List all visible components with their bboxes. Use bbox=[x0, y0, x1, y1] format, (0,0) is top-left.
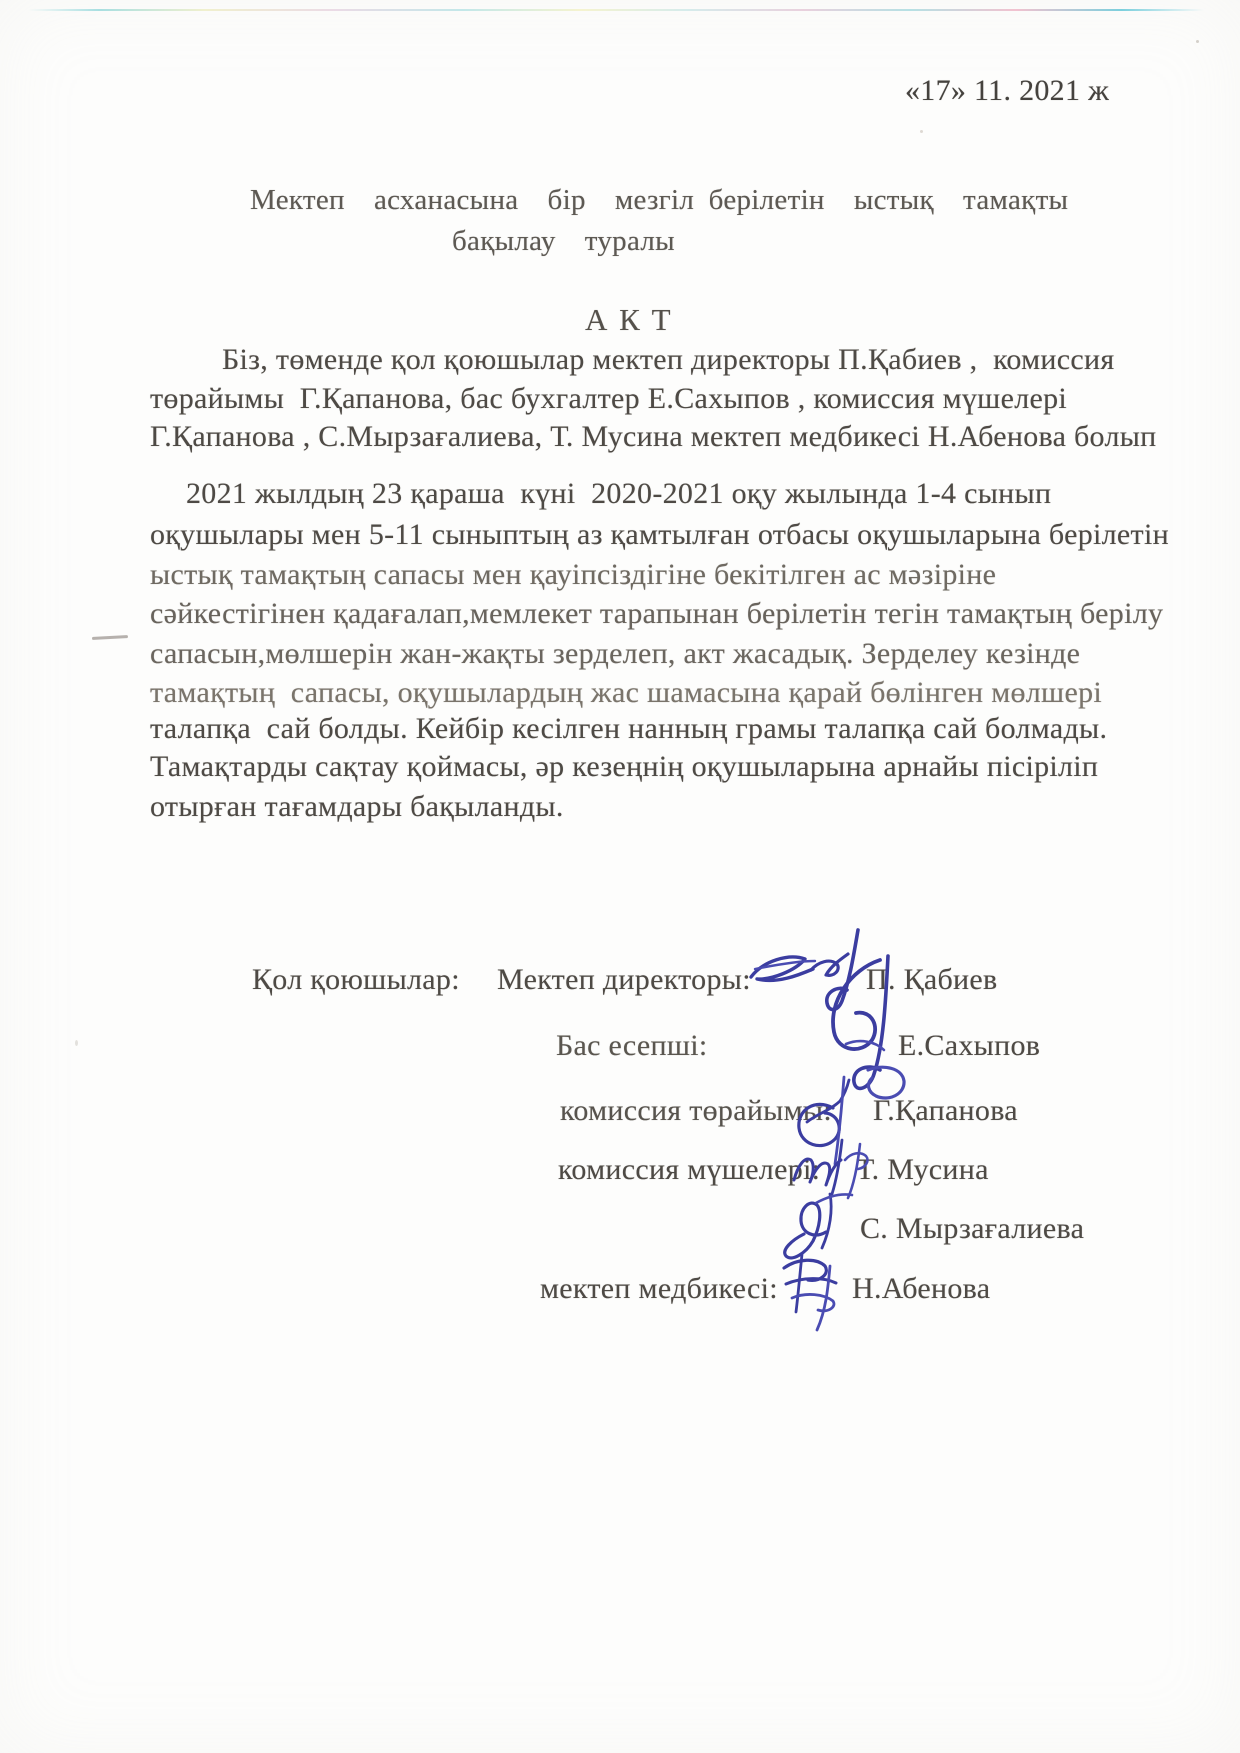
paragraph-line: Тамақтарды сақтау қоймасы, әр кезеңнің о… bbox=[150, 750, 1098, 784]
signer-name-member2: С. Мырзағалиева bbox=[860, 1212, 1084, 1246]
signature-label-members: комиссия мүшелері: bbox=[558, 1153, 820, 1187]
paragraph-line: 2021 жылдың 23 қараша күні 2020-2021 оқу… bbox=[186, 477, 1051, 511]
act-heading: А К Т bbox=[585, 302, 673, 338]
signature-label-director: Мектеп директоры: bbox=[497, 963, 751, 997]
paragraph-line: ыстық тамақтың сапасы мен қауіпсіздігіне… bbox=[150, 558, 996, 592]
scanned-document-page: «17» 11. 2021 ж Мектеп асханасына бір ме… bbox=[0, 0, 1240, 1753]
scan-speck bbox=[1196, 40, 1199, 43]
paragraph-line: Г.Қапанова , С.Мырзағалиева, Т. Мусина м… bbox=[150, 420, 1157, 454]
scanner-artifact-line bbox=[28, 9, 1204, 11]
paragraph-line: талапқа сай болды. Кейбір кесілген нанны… bbox=[150, 712, 1107, 746]
document-title-line2: бақылау туралы bbox=[452, 225, 675, 258]
margin-pencil-dash bbox=[92, 635, 128, 640]
scan-speck bbox=[75, 1040, 78, 1046]
paragraph-line: отырған тағамдары бақыланды. bbox=[150, 790, 564, 824]
signer-name-nurse: Н.Абенова bbox=[852, 1272, 990, 1306]
date-stamp: «17» 11. 2021 ж bbox=[905, 74, 1109, 108]
paragraph-line: төрайымы Г.Қапанова, бас бухгалтер Е.Сах… bbox=[150, 382, 1067, 416]
paragraph-line: тамақтың сапасы, оқушылардың жас шамасын… bbox=[150, 676, 1102, 710]
signature-nurse-ink bbox=[772, 1248, 862, 1336]
signatories-label: Қол қоюшылар: bbox=[252, 963, 460, 997]
paragraph-line: сәйкестігінен қадағалап,мемлекет тарапын… bbox=[150, 597, 1163, 631]
document-title-line1: Мектеп асханасына бір мезгіл берілетін ы… bbox=[250, 184, 1068, 217]
signature-label-nurse: мектеп медбикесі: bbox=[540, 1272, 778, 1306]
paragraph-line: сапасын,мөлшерін жан-жақты зерделеп, акт… bbox=[150, 637, 1080, 671]
scan-speck bbox=[920, 130, 923, 133]
paragraph-line: Біз, төменде қол қоюшылар мектеп директо… bbox=[222, 343, 1114, 377]
paragraph-line: оқушылары мен 5-11 сыныптың аз қамтылған… bbox=[150, 518, 1169, 552]
signature-label-accountant: Бас есепші: bbox=[556, 1029, 708, 1063]
